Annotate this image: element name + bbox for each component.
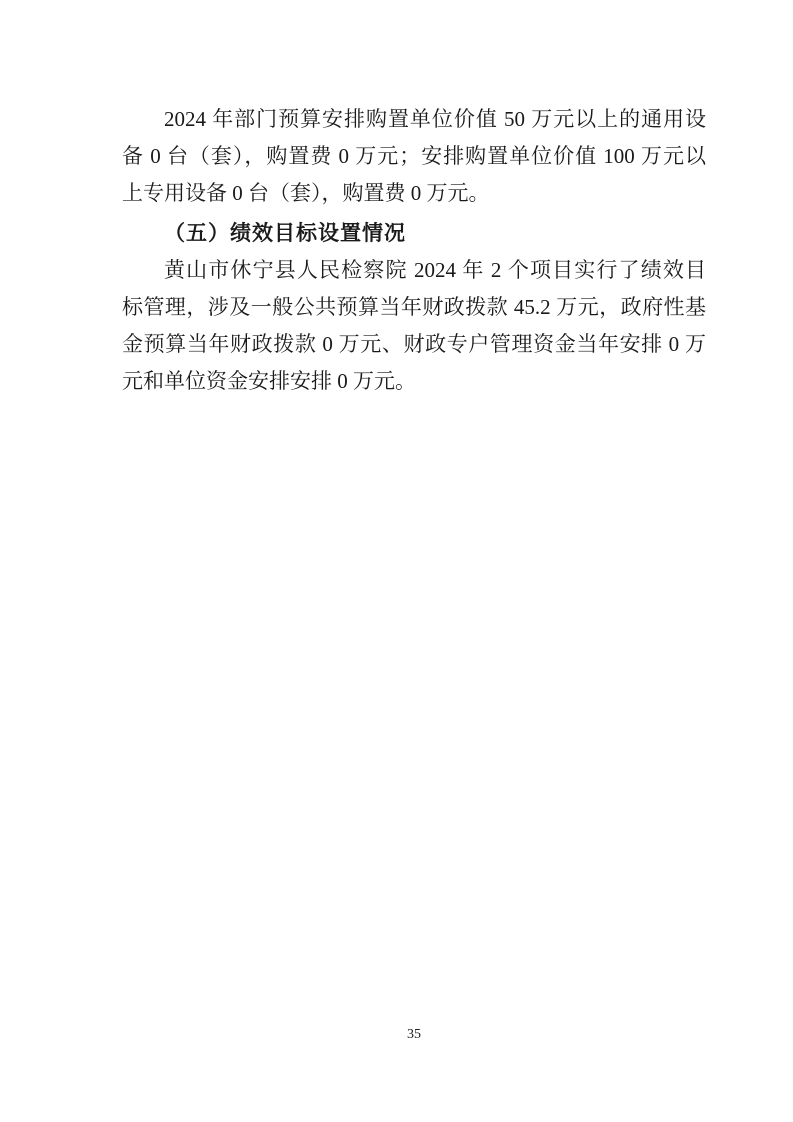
section-heading: （五）绩效目标设置情况 [122, 215, 706, 252]
paragraph-1-line-1: 2024 年部门预算安排购置单位价值 50 万元以上的通用设 [122, 101, 706, 138]
paragraph-1-line-3: 上专用设备 0 台（套），购置费 0 万元。 [122, 175, 706, 212]
document-page: 2024 年部门预算安排购置单位价值 50 万元以上的通用设 备 0 台（套），… [0, 0, 793, 1122]
paragraph-2-line-2: 标管理，涉及一般公共预算当年财政拨款 45.2 万元，政府性基 [122, 289, 706, 326]
paragraph-2-line-1: 黄山市休宁县人民检察院 2024 年 2 个项目实行了绩效目 [122, 252, 706, 289]
paragraph-2-line-3: 金预算当年财政拨款 0 万元、财政专户管理资金当年安排 0 万 [122, 326, 706, 363]
text-block: 2024 年部门预算安排购置单位价值 50 万元以上的通用设 备 0 台（套），… [122, 101, 706, 400]
paragraph-2-line-4: 元和单位资金安排安排 0 万元。 [122, 363, 706, 400]
paragraph-1-line-2: 备 0 台（套），购置费 0 万元；安排购置单位价值 100 万元以 [122, 138, 706, 175]
page-number: 35 [122, 1026, 706, 1044]
